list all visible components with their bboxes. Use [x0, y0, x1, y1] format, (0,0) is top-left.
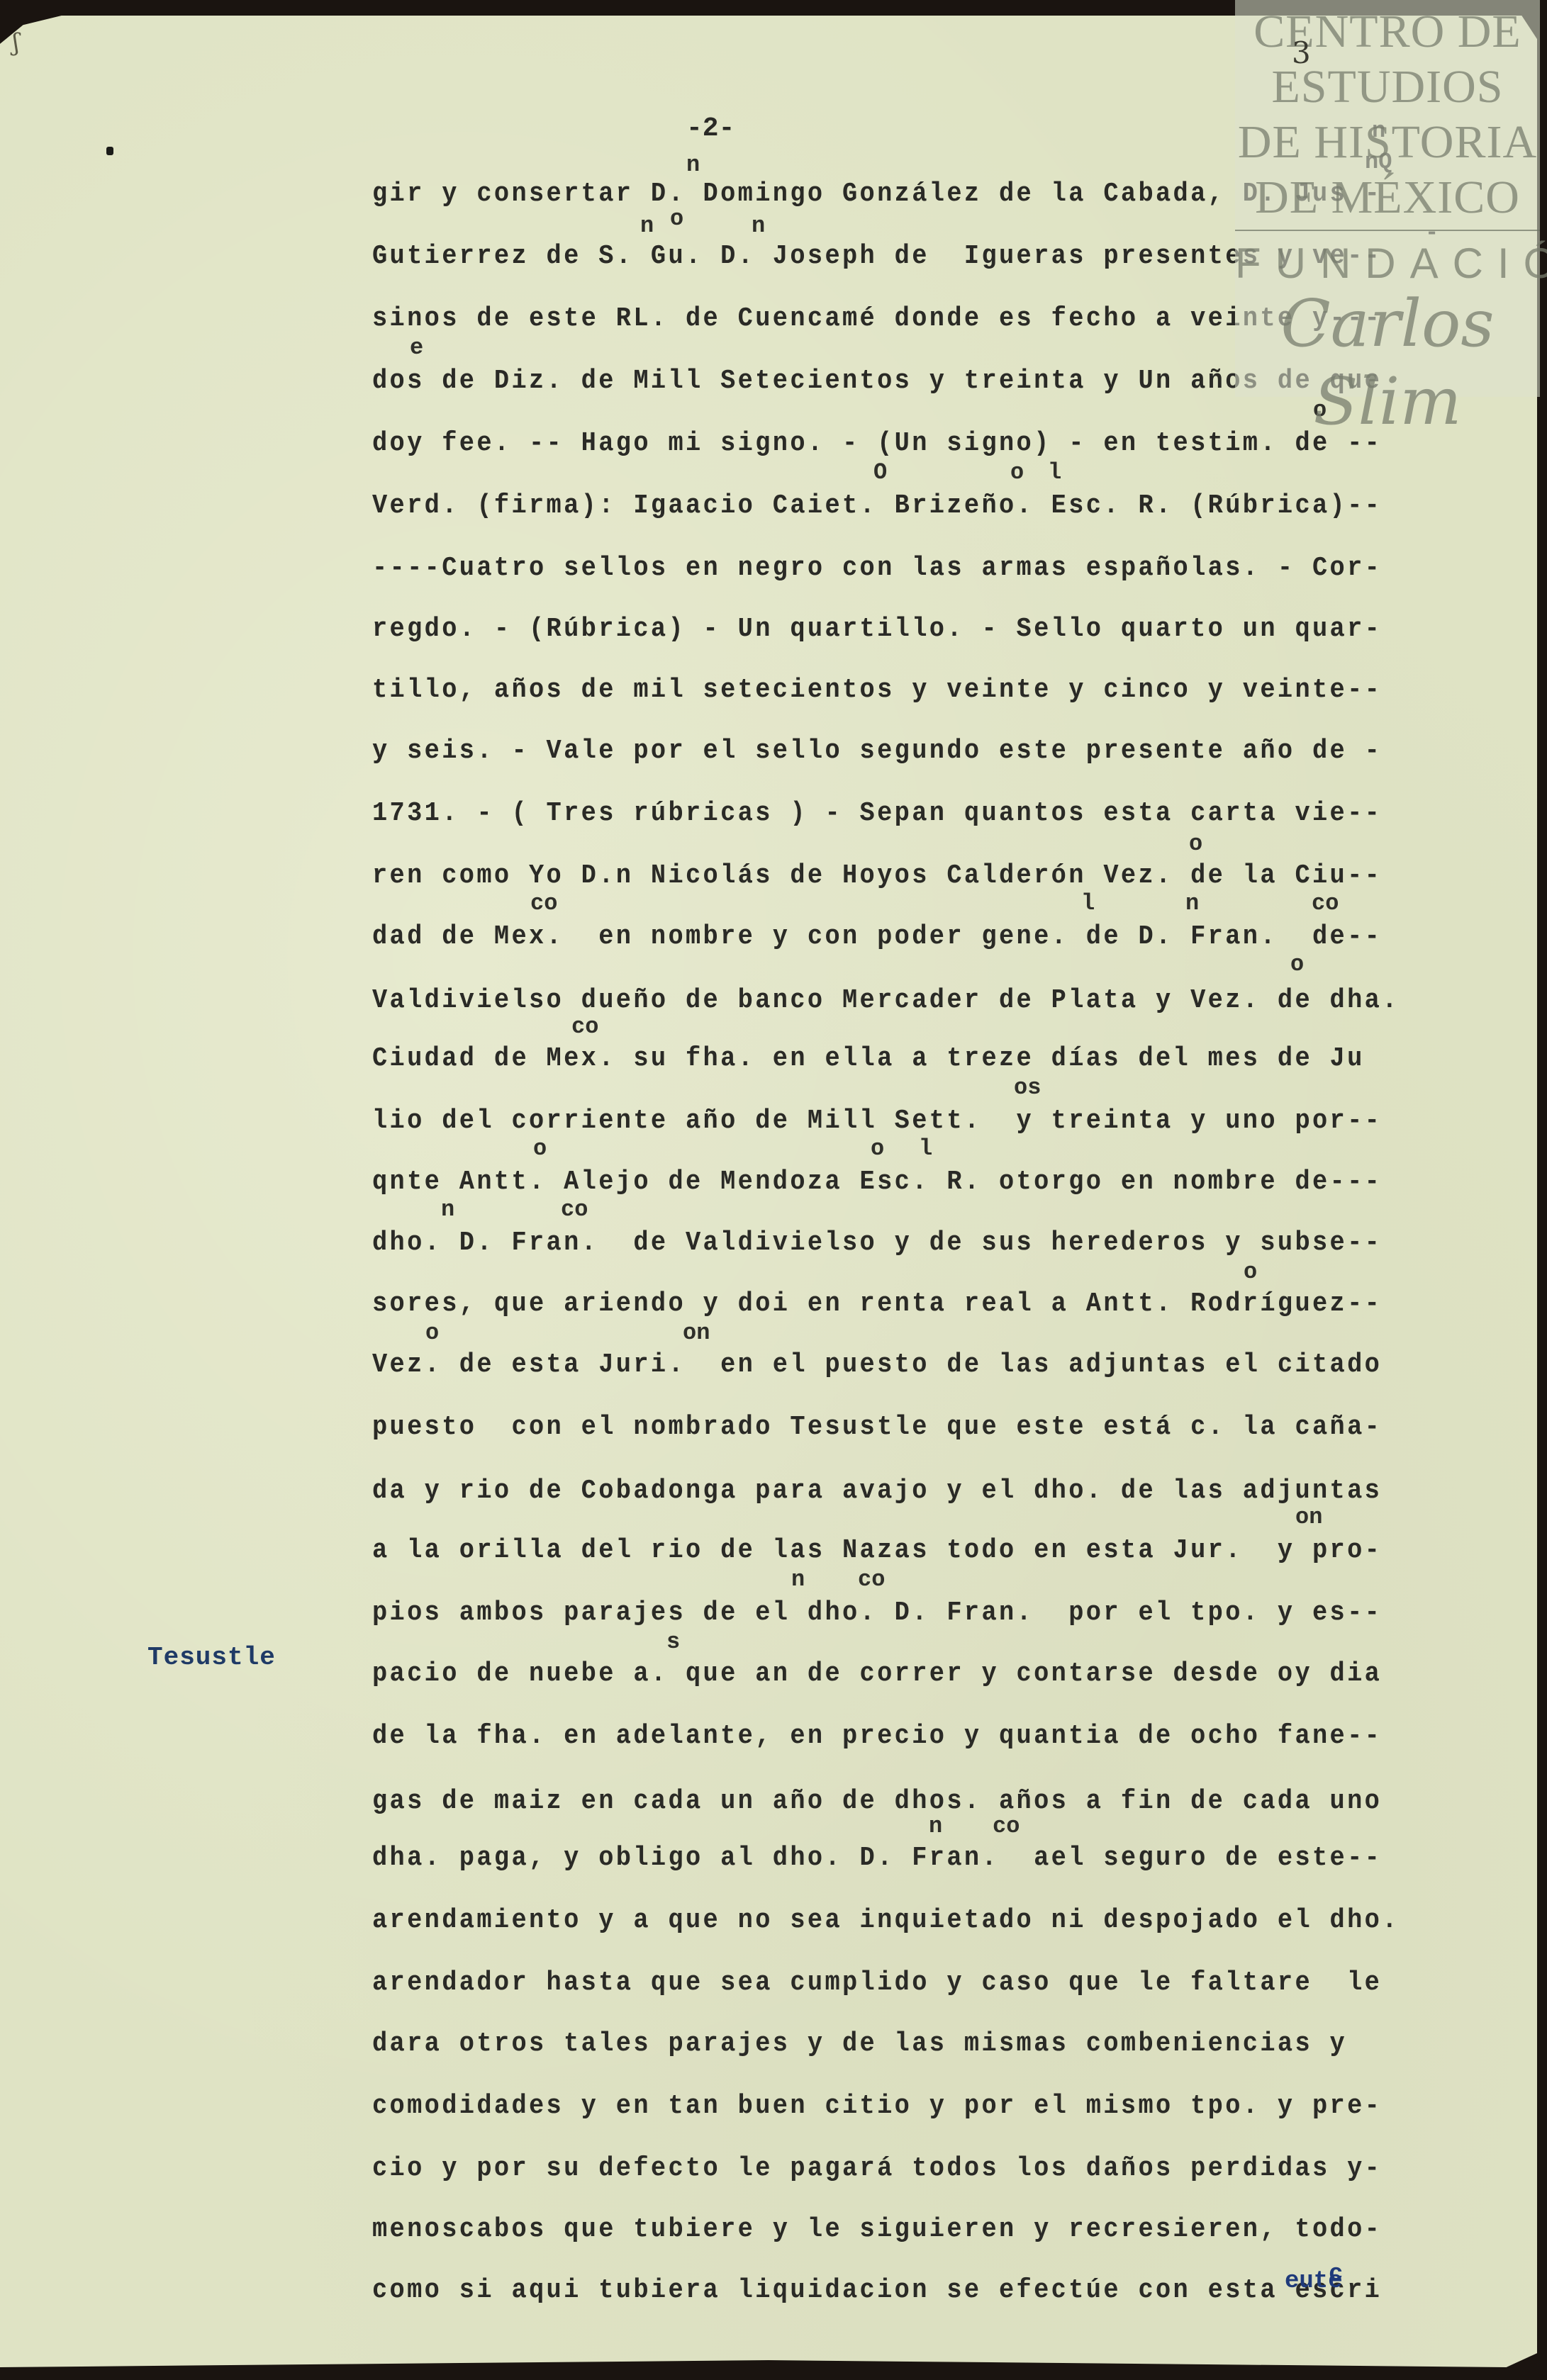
text-line: doy fee. -- Hago mi signo. - (Un signo) …	[372, 428, 1382, 459]
text-line: a la orilla del rio de las Nazas todo en…	[372, 1535, 1382, 1566]
text-line: Vez. de esta Juri. en el puesto de las a…	[372, 1349, 1382, 1380]
text-line: ----Cuatro sellos en negro con las armas…	[372, 553, 1382, 583]
superscript: n	[686, 152, 700, 178]
superscript: O	[873, 459, 887, 485]
text-line: lio del corriente año de Mill Sett. y tr…	[372, 1106, 1382, 1136]
text-line: cio y por su defecto le pagará todos los…	[372, 2153, 1382, 2184]
superscript: n	[640, 213, 654, 239]
text-line: puesto con el nombrado Tesustle que este…	[372, 1412, 1382, 1442]
superscript: co	[571, 1014, 598, 1040]
text-line: arendador hasta que sea cumplido y caso …	[372, 1968, 1382, 1998]
text-line: arendamiento y a que no sea inquietado n…	[372, 1905, 1400, 1936]
superscript: co	[858, 1566, 885, 1593]
text-line: Gutierrez de S. Gu. D. Joseph de Igueras…	[372, 241, 1382, 271]
text-line: Verd. (firma): Igaacio Caiet. Brizeño. E…	[372, 490, 1382, 521]
text-line: dho. D. Fran. de Valdivielso y de sus he…	[372, 1228, 1382, 1258]
superscript: os	[1014, 1074, 1041, 1101]
superscript: co	[530, 890, 557, 916]
text-line: da y rio de Cobadonga para avajo y el dh…	[372, 1476, 1382, 1506]
page-number: -2-	[686, 113, 735, 144]
superscript: o	[1010, 459, 1024, 485]
text-line: sinos de este RL. de Cuencamé donde es f…	[372, 303, 1382, 334]
superscript: on	[683, 1320, 710, 1346]
text-line: dara otros tales parajes y de las mismas…	[372, 2028, 1347, 2059]
text-line: comodidades y en tan buen citio y por el…	[372, 2091, 1382, 2121]
text-line: de la fha. en adelante, en precio y quan…	[372, 1721, 1382, 1751]
text-line: ren como Yo D.n Nicolás de Hoyos Calderó…	[372, 860, 1382, 891]
text-line: tillo, años de mil setecientos y veinte …	[372, 675, 1382, 705]
text-line: sores, que ariendo y doi en renta real a…	[372, 1289, 1382, 1319]
text-line: qnte Antt. Alejo de Mendoza Esc. R. otor…	[372, 1167, 1382, 1197]
superscript: n	[752, 213, 765, 239]
text-line: dha. paga, y obligo al dho. D. Fran. ael…	[372, 1843, 1382, 1873]
superscript: l	[1081, 890, 1095, 916]
superscript: n	[929, 1813, 942, 1839]
margin-note: Tesustle	[147, 1643, 276, 1672]
superscript: co	[561, 1196, 588, 1223]
text-line: como si aqui tubiera liquidacion se efec…	[372, 2275, 1382, 2306]
superscript: l	[1048, 459, 1061, 485]
text-line: Ciudad de Mex. su fha. en ella a treze d…	[372, 1043, 1365, 1074]
watermark-divider	[1235, 230, 1540, 231]
superscript: on	[1295, 1504, 1322, 1530]
superscript: o	[871, 1135, 884, 1162]
watermark-signature: Carlos Slim	[1235, 285, 1540, 441]
superscript: n	[1185, 890, 1199, 916]
text-line: pacio de nuebe a. que an de correr y con…	[372, 1658, 1382, 1689]
superscript: o	[533, 1135, 547, 1162]
pencil-page-number: 3	[1292, 35, 1311, 70]
text-line: 1731. - ( Tres rúbricas ) - Sepan quanto…	[372, 798, 1382, 829]
superscript: s	[666, 1629, 680, 1655]
watermark-line: DE MÉXICO	[1235, 170, 1540, 225]
superscript: o	[1290, 951, 1304, 977]
superscript: o	[1189, 831, 1202, 857]
ink-dot	[106, 147, 113, 155]
superscript: n	[441, 1196, 454, 1223]
text-line: menoscabos que tubiere y le siguieren y …	[372, 2214, 1382, 2245]
text-line: dad de Mex. en nombre y con poder gene. …	[372, 921, 1382, 952]
text-line: regdo. - (Rúbrica) - Un quartillo. - Sel…	[372, 614, 1382, 644]
watermark-line: DE HISTORIA	[1235, 115, 1540, 170]
handwritten-insertion: c	[1329, 2261, 1343, 2288]
superscript: o	[670, 206, 683, 232]
text-line: dos de Diz. de Mill Setecientos y treint…	[372, 366, 1382, 396]
watermark-line: FUNDACIÓN	[1235, 238, 1540, 289]
superscript: o	[425, 1320, 439, 1346]
superscript: e	[410, 335, 423, 361]
watermark-line: CENTRO DE	[1235, 4, 1540, 60]
superscript: n	[791, 1566, 805, 1593]
superscript: co	[993, 1813, 1020, 1839]
text-line: gir y consertar D. Domingo González de l…	[372, 179, 1382, 209]
text-line: pios ambos parajes de el dho. D. Fran. p…	[372, 1598, 1382, 1628]
text-line: y seis. - Vale por el sello segundo este…	[372, 736, 1382, 766]
superscript: l	[919, 1135, 932, 1162]
corner-pencil-mark: ʃ	[13, 28, 19, 57]
watermark-line: ESTUDIOS	[1235, 60, 1540, 115]
superscript: co	[1312, 890, 1339, 916]
superscript: o	[1244, 1259, 1257, 1285]
text-line: Valdivielso dueño de banco Mercader de P…	[372, 985, 1400, 1016]
text-line: gas de maiz en cada un año de dhos. años…	[372, 1786, 1382, 1817]
watermark-logo: CENTRO DE ESTUDIOS DE HISTORIA DE MÉXICO…	[1235, 0, 1540, 397]
